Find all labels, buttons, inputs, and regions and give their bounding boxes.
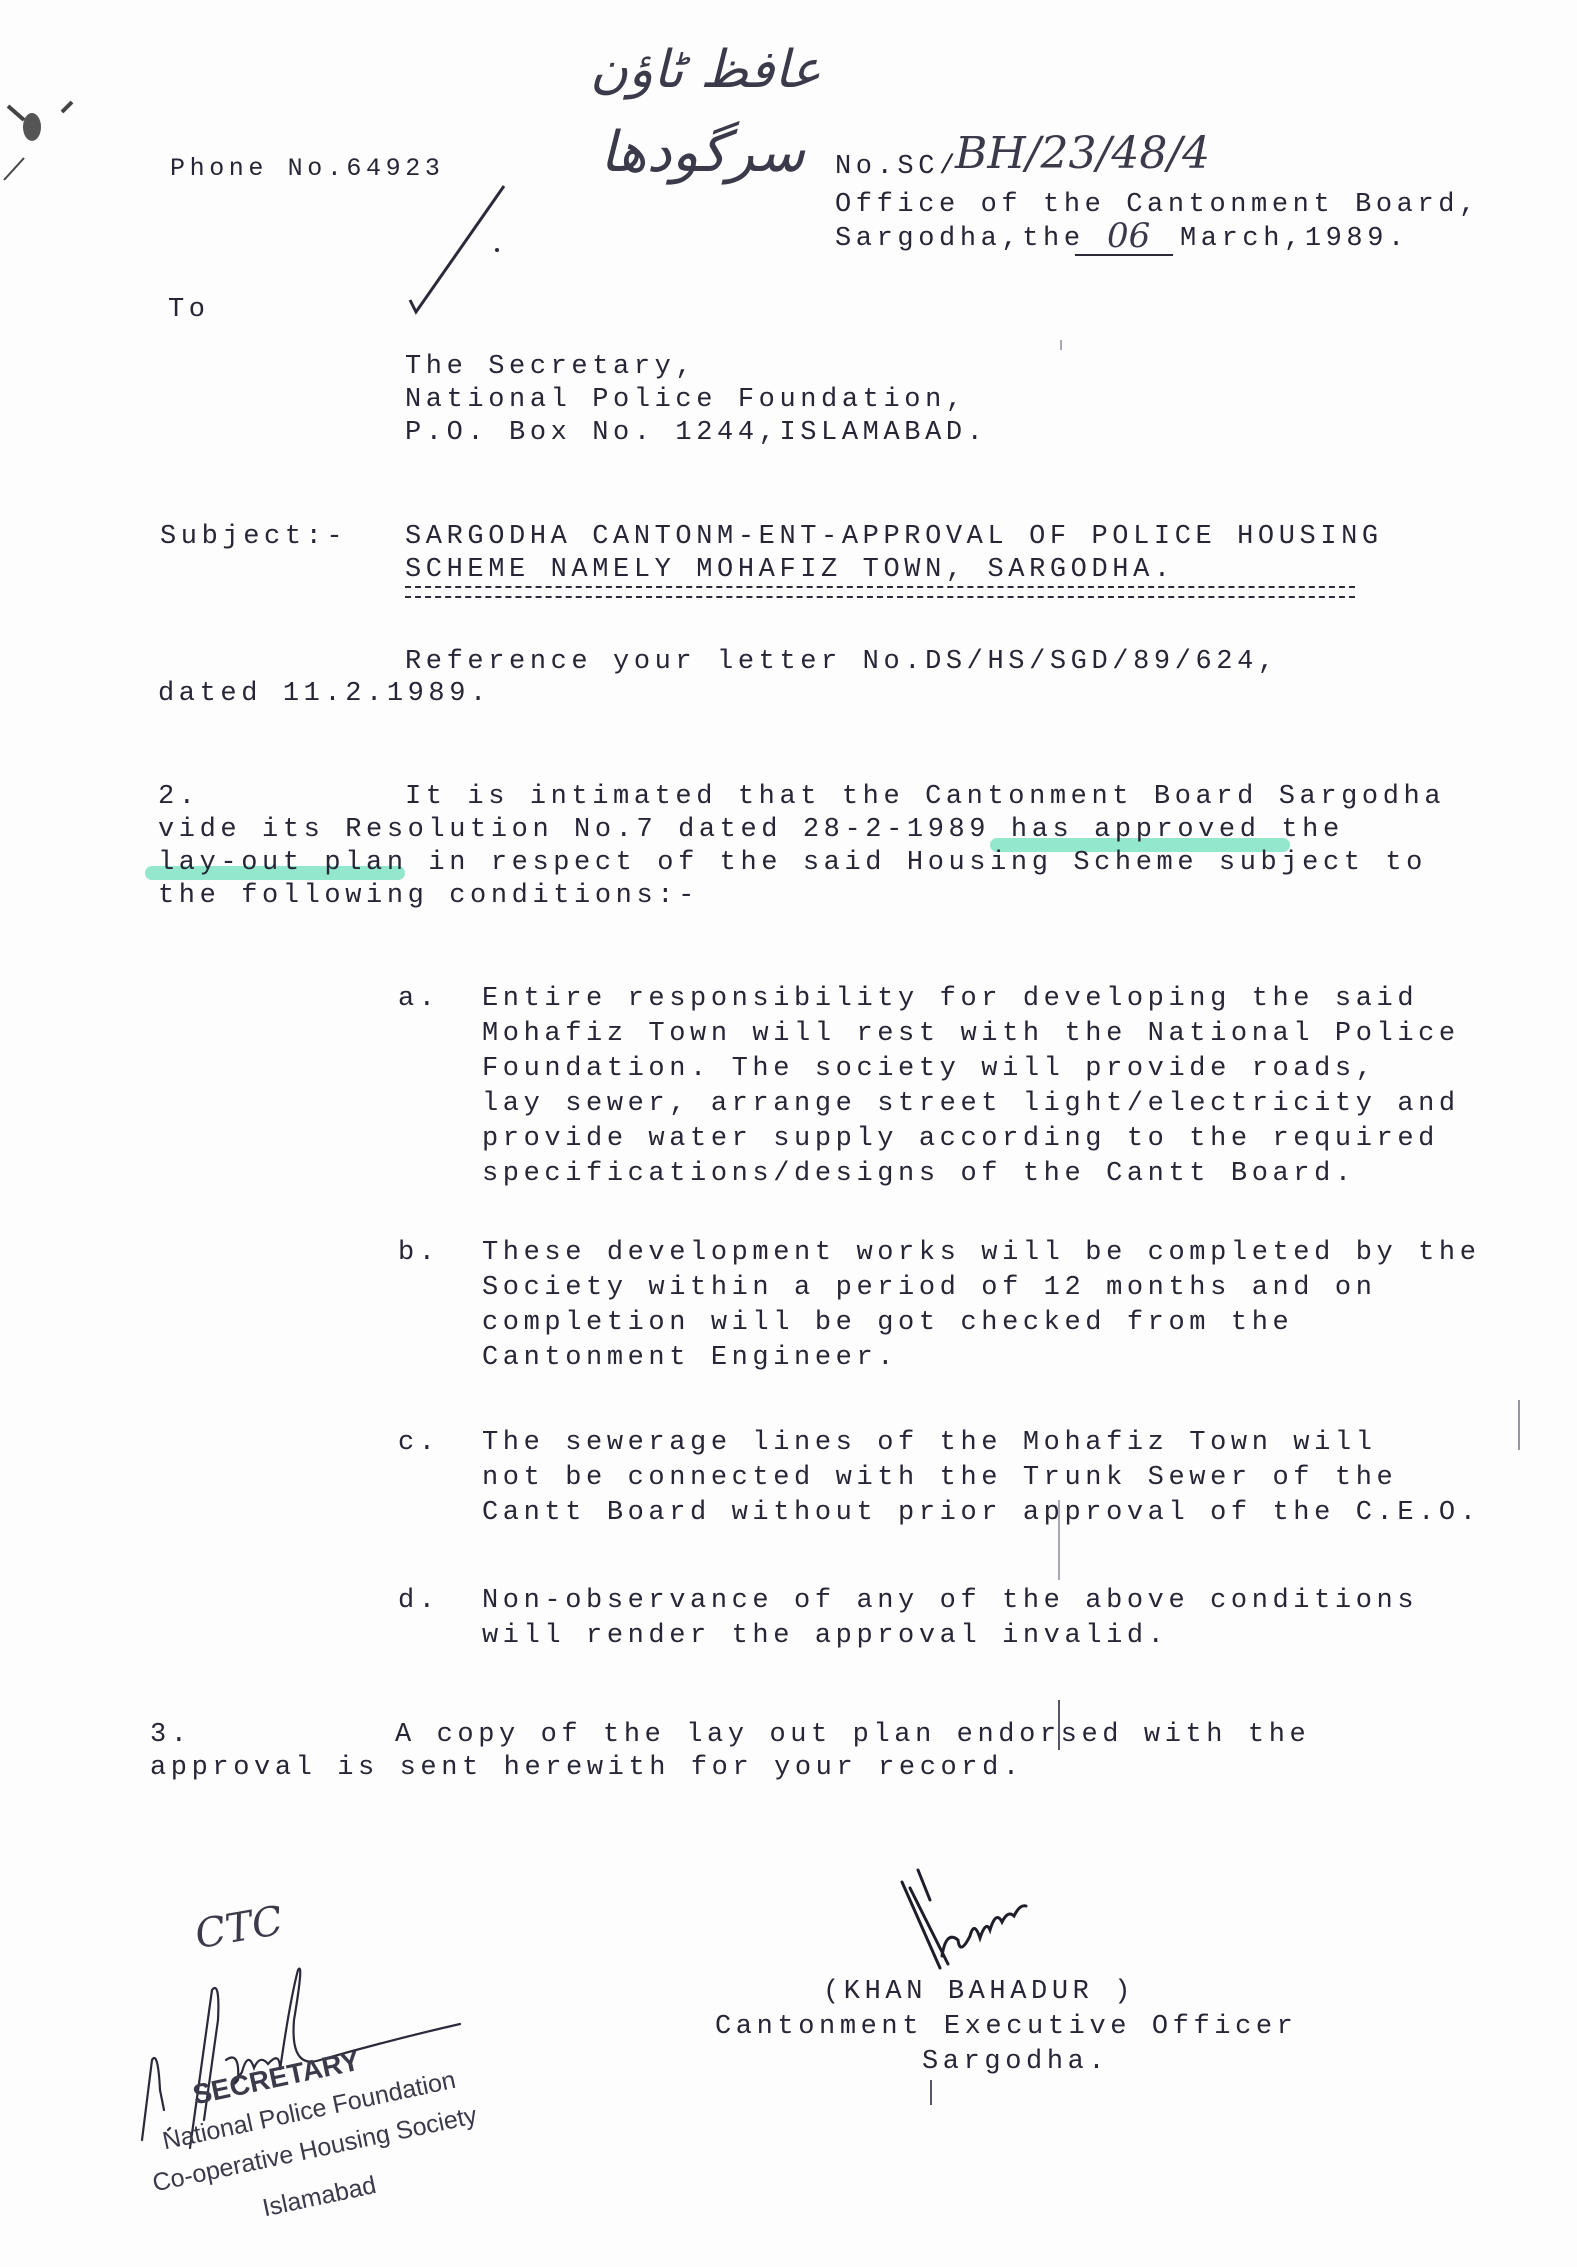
reference-line-2: dated 11.2.1989. xyxy=(158,677,491,711)
ceo-signature-icon xyxy=(880,1860,1120,1980)
subject-underline-divider xyxy=(405,586,1355,598)
condition-line: Society within a period of 12 months and… xyxy=(482,1271,1377,1305)
condition-line: The sewerage lines of the Mohafiz Town w… xyxy=(482,1426,1377,1460)
stamp-line: Islamabad xyxy=(260,2171,379,2223)
recipient-line: The Secretary, xyxy=(405,350,696,384)
checkmark-icon xyxy=(400,180,520,330)
condition-line: Foundation. The society will provide roa… xyxy=(482,1052,1377,1086)
condition-line: Non-observance of any of the above condi… xyxy=(482,1584,1418,1618)
scan-artifact xyxy=(1058,1700,1060,1750)
urdu-annotation-line-1: عافظ ٹاؤن xyxy=(590,40,821,100)
ref-no-printed: No.SC/ xyxy=(835,152,960,182)
condition-label: d. xyxy=(398,1584,440,1618)
condition-line: will render the approval invalid. xyxy=(482,1619,1169,1653)
paragraph-number: 2. xyxy=(158,780,200,814)
letter-date: Sargodha,the 06 March,1989. xyxy=(835,222,1085,256)
condition-label: c. xyxy=(398,1426,440,1460)
office-line: Office of the Cantonment Board, xyxy=(835,188,1480,222)
subject-line: SCHEME NAMELY MOHAFIZ TOWN, SARGODHA. xyxy=(405,553,1175,587)
condition-line: lay sewer, arrange street light/electric… xyxy=(482,1087,1460,1121)
recipient-line: P.O. Box No. 1244,ISLAMABAD. xyxy=(405,416,987,450)
scan-artifact xyxy=(1058,1500,1060,1580)
condition-line: completion will be got checked from the xyxy=(482,1306,1293,1340)
signatory-place: Sargodha. xyxy=(922,2045,1109,2079)
reference-number: No.SC/ BH/23/48/4 xyxy=(835,150,960,184)
date-prefix: Sargodha,the xyxy=(835,224,1085,254)
condition-line: not be connected with the Trunk Sewer of… xyxy=(482,1461,1397,1495)
scan-artifact xyxy=(930,2080,932,2105)
condition-line: These development works will be complete… xyxy=(482,1236,1481,1270)
condition-line: Cantonment Engineer. xyxy=(482,1341,898,1375)
scan-artifact xyxy=(1060,340,1062,350)
urdu-annotation-line-2: سرگودھا xyxy=(600,120,805,185)
condition-label: b. xyxy=(398,1236,440,1270)
ctc-handwritten: CTC xyxy=(192,1898,287,1959)
paragraph-line: vide its Resolution No.7 dated 28-2-1989… xyxy=(158,813,1344,847)
condition-line: provide water supply according to the re… xyxy=(482,1122,1439,1156)
paragraph-line: approval is sent herewith for your recor… xyxy=(150,1751,1024,1785)
condition-line: Entire responsibility for developing the… xyxy=(482,982,1418,1016)
ref-no-handwritten: BH/23/48/4 xyxy=(955,128,1210,179)
date-suffix: March,1989. xyxy=(1180,222,1409,256)
condition-line: Mohafiz Town will rest with the National… xyxy=(482,1017,1460,1051)
recipient-line: National Police Foundation, xyxy=(405,383,967,417)
date-day-handwritten: 06 xyxy=(1107,216,1150,256)
subject-label: Subject:- xyxy=(160,520,347,554)
paragraph-line: the following conditions:- xyxy=(158,879,699,913)
reference-line-1: Reference your letter No.DS/HS/SGD/89/62… xyxy=(405,645,1279,679)
letter-page: Phone No.64923 عافظ ٹاؤن سرگودھا No.SC/ … xyxy=(0,0,1577,2267)
to-label: To xyxy=(168,293,210,327)
condition-line: specifications/designs of the Cantt Boar… xyxy=(482,1157,1356,1191)
subject-line: SARGODHA CANTONM-ENT-APPROVAL OF POLICE … xyxy=(405,520,1383,554)
paragraph-line: lay-out plan in respect of the said Hous… xyxy=(158,846,1427,880)
paragraph-number: 3. xyxy=(150,1718,192,1752)
condition-label: a. xyxy=(398,982,440,1016)
signatory-title: Cantonment Executive Officer xyxy=(715,2010,1297,2044)
scan-mark-icon xyxy=(0,40,140,160)
paragraph-line: It is intimated that the Cantonment Boar… xyxy=(405,780,1445,814)
condition-line: Cantt Board without prior approval of th… xyxy=(482,1496,1481,1530)
signatory-name: (KHAN BAHADUR ) xyxy=(823,1975,1135,2009)
scan-artifact xyxy=(1518,1400,1520,1450)
paragraph-line: A copy of the lay out plan endorsed with… xyxy=(395,1718,1310,1752)
